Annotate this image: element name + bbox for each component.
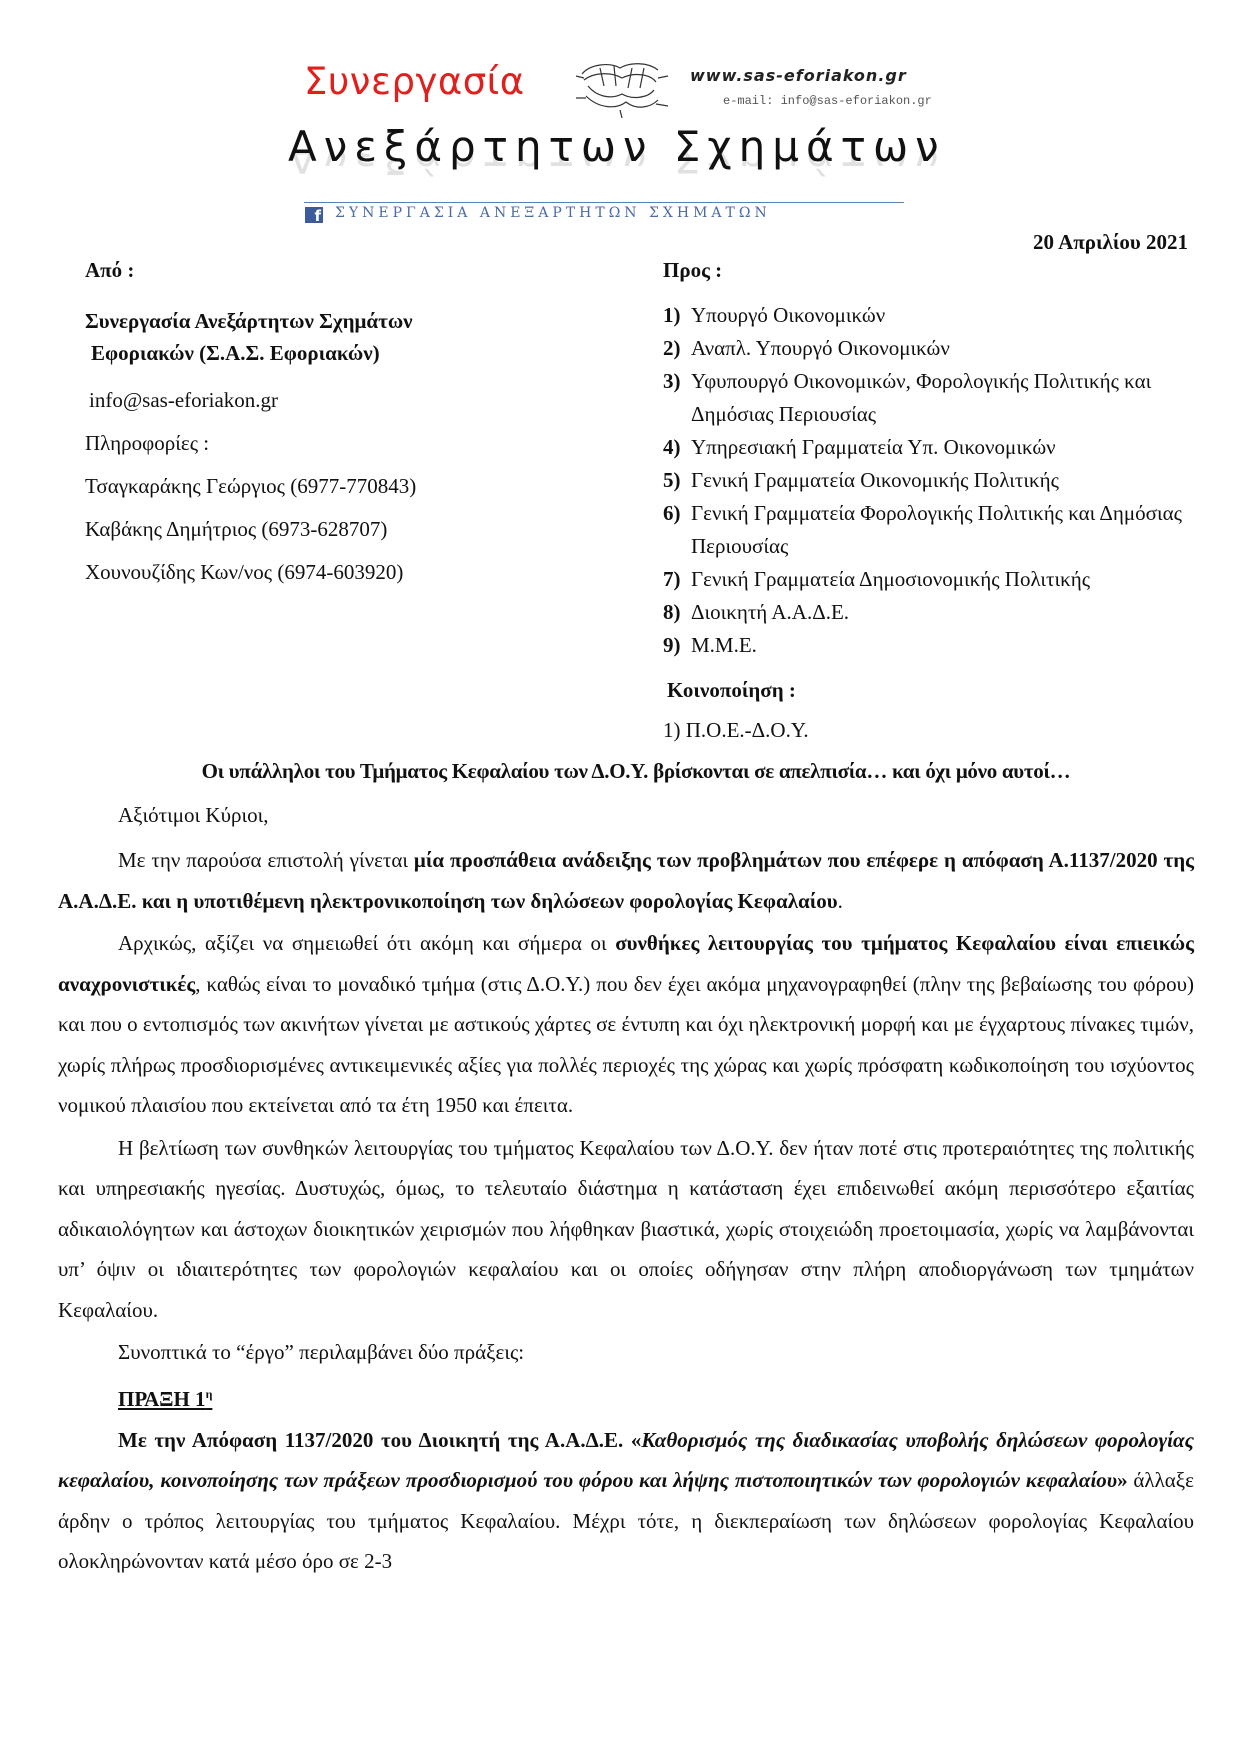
- p1-text: Με την παρούσα επιστολή γίνεται: [118, 848, 414, 872]
- cc-item: 1) Π.Ο.Ε.-Δ.Ο.Υ.: [663, 710, 1203, 750]
- facebook-page-text: ΣΥΝΕΡΓΑΣΙΑ ΑΝΕΞΑΡΤΗΤΩΝ ΣΧΗΜΑΤΩΝ: [335, 205, 771, 221]
- info-label: Πληροφορίες :: [85, 422, 605, 465]
- letter-body: Οι υπάλληλοι του Τμήματος Κεφαλαίου των …: [58, 756, 1194, 1584]
- recipient-text: Διοικητή Α.Α.Δ.Ε.: [691, 596, 1203, 629]
- paragraph-2: Αρχικώς, αξίζει να σημειωθεί ότι ακόμη κ…: [58, 923, 1194, 1126]
- recipient-text: Γενική Γραμματεία Δημοσιονομικής Πολιτικ…: [691, 563, 1203, 596]
- section-sup: η: [206, 1387, 213, 1401]
- p5-quote-close: »: [1117, 1468, 1128, 1492]
- recipient-text: Μ.Μ.Ε.: [691, 629, 1203, 662]
- logo-website: www.sas-eforiakon.gr: [690, 66, 907, 85]
- paragraph-5: Με την Απόφαση 1137/2020 του Διοικητή τη…: [58, 1420, 1194, 1582]
- p2-rest: , καθώς είναι το μοναδικό τμήμα (στις Δ.…: [58, 972, 1194, 1118]
- recipient-number: 3): [663, 365, 691, 431]
- recipient-item: 5)Γενική Γραμματεία Οικονομικής Πολιτική…: [663, 464, 1203, 497]
- contact-item: Χουνουζίδης Κων/νος (6974-603920): [85, 551, 605, 594]
- recipient-text: Γενική Γραμματεία Φορολογικής Πολιτικής …: [691, 497, 1203, 563]
- cc-label: Κοινοποίηση :: [663, 670, 1203, 710]
- section-label: ΠΡΑΞΗ 1: [118, 1387, 206, 1411]
- facebook-icon: f: [305, 207, 323, 223]
- sender-org-line2: Εφοριακών (Σ.Α.Σ. Εφοριακών): [85, 337, 605, 369]
- salutation: Αξιότιμοι Κύριοι,: [58, 800, 1194, 830]
- recipient-number: 5): [663, 464, 691, 497]
- recipient-number: 2): [663, 332, 691, 365]
- logo-divider: [304, 202, 904, 203]
- paragraph-4: Συνοπτικά το “έργο” περιλαμβάνει δύο πρά…: [58, 1332, 1194, 1373]
- recipient-item: 2)Αναπλ. Υπουργό Οικονομικών: [663, 332, 1203, 365]
- recipient-item: 7)Γενική Γραμματεία Δημοσιονομικής Πολιτ…: [663, 563, 1203, 596]
- sender-org-line1: Συνεργασία Ανεξάρτητων Σχημάτων: [85, 305, 605, 337]
- recipient-number: 9): [663, 629, 691, 662]
- recipient-item: 1)Υπουργό Οικονομικών: [663, 299, 1203, 332]
- recipient-text: Υπηρεσιακή Γραμματεία Υπ. Οικονομικών: [691, 431, 1203, 464]
- handshake-icon: [570, 56, 670, 118]
- sender-block: Από : Συνεργασία Ανεξάρτητων Σχημάτων Εφ…: [85, 258, 605, 594]
- recipient-text: Υφυπουργό Οικονομικών, Φορολογικής Πολιτ…: [691, 365, 1203, 431]
- recipient-list: 1)Υπουργό Οικονομικών 2)Αναπλ. Υπουργό Ο…: [663, 299, 1203, 662]
- recipient-item: 4)Υπηρεσιακή Γραμματεία Υπ. Οικονομικών: [663, 431, 1203, 464]
- contact-item: Τσαγκαράκης Γεώργιος (6977-770843): [85, 465, 605, 508]
- recipients-block: Προς : 1)Υπουργό Οικονομικών 2)Αναπλ. Υπ…: [663, 258, 1203, 750]
- from-label: Από :: [85, 258, 605, 283]
- paragraph-1: Με την παρούσα επιστολή γίνεται μία προσ…: [58, 840, 1194, 921]
- recipient-item: 9)Μ.Μ.Ε.: [663, 629, 1203, 662]
- paragraph-3: Η βελτίωση των συνθηκών λειτουργίας του …: [58, 1128, 1194, 1331]
- recipient-number: 4): [663, 431, 691, 464]
- recipient-item: 6)Γενική Γραμματεία Φορολογικής Πολιτική…: [663, 497, 1203, 563]
- recipient-text: Αναπλ. Υπουργό Οικονομικών: [691, 332, 1203, 365]
- to-label: Προς :: [663, 258, 1203, 283]
- p2-text: Αρχικώς, αξίζει να σημειωθεί ότι ακόμη κ…: [118, 931, 615, 955]
- p1-end: .: [838, 889, 843, 913]
- p5-bold: Με την Απόφαση 1137/2020 του Διοικητή τη…: [118, 1428, 641, 1452]
- recipient-number: 6): [663, 497, 691, 563]
- letter-date: 20 Απριλίου 2021: [1033, 230, 1188, 255]
- logo-title-red: Συνεργασία: [304, 60, 525, 103]
- letter-subject: Οι υπάλληλοι του Τμήματος Κεφαλαίου των …: [78, 756, 1194, 786]
- recipient-number: 7): [663, 563, 691, 596]
- contact-item: Καβάκης Δημήτριος (6973-628707): [85, 508, 605, 551]
- recipient-text: Γενική Γραμματεία Οικονομικής Πολιτικής: [691, 464, 1203, 497]
- recipient-number: 8): [663, 596, 691, 629]
- recipient-item: 8)Διοικητή Α.Α.Δ.Ε.: [663, 596, 1203, 629]
- logo-email: e-mail: info@sas-eforiakon.gr: [723, 94, 932, 108]
- recipient-text: Υπουργό Οικονομικών: [691, 299, 1203, 332]
- sender-email: info@sas-eforiakon.gr: [85, 379, 605, 422]
- recipient-number: 1): [663, 299, 691, 332]
- section-heading: ΠΡΑΞΗ 1η: [58, 1375, 1194, 1418]
- logo-title-reflection: Ανεξάρτητων Σχημάτων: [288, 152, 946, 182]
- recipient-item: 3)Υφυπουργό Οικονομικών, Φορολογικής Πολ…: [663, 365, 1203, 431]
- letterhead-logo: Συνεργασία www.sas-eforiakon.gr e-mail: …: [280, 52, 970, 222]
